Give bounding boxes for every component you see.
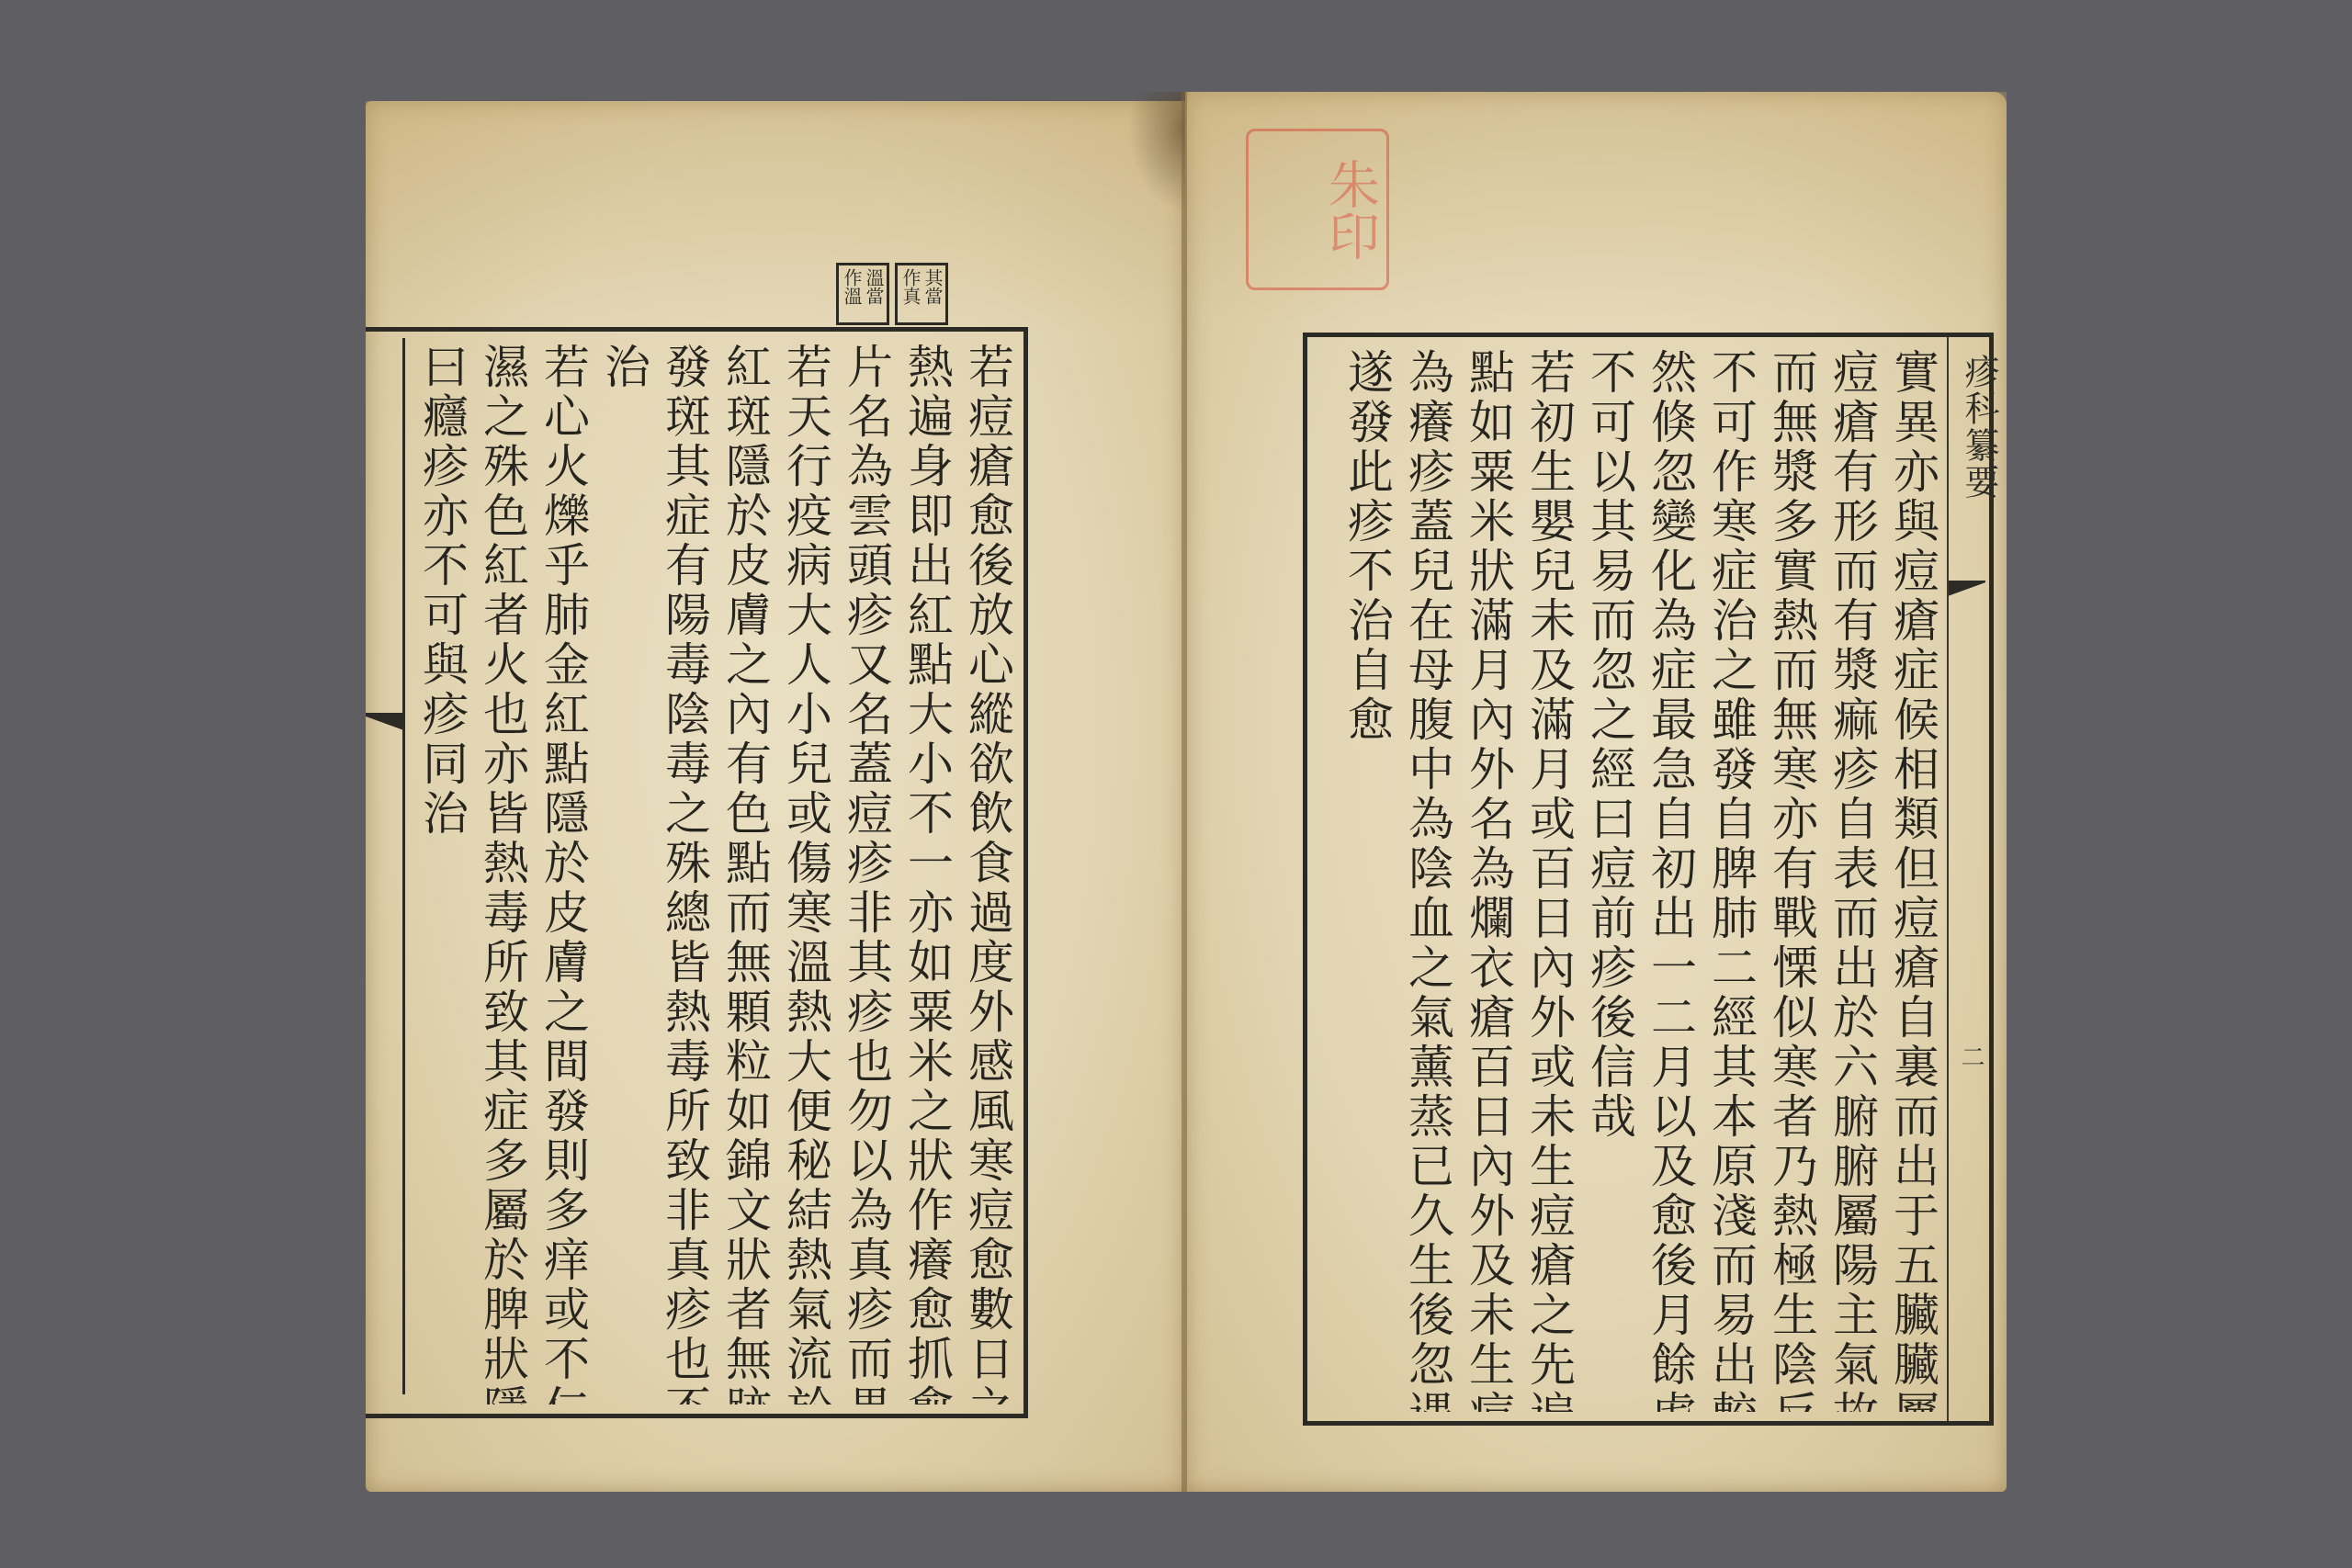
text-column: 遂發此疹不治自愈 <box>1337 348 1397 1412</box>
left-text-frame: 若痘瘡愈後放心縱欲飲食過度外感風寒痘愈數日之後身忽暑 熱遍身即出紅點大小不一亦如… <box>366 327 1028 1418</box>
left-text-columns: 若痘瘡愈後放心縱欲飲食過度外感風寒痘愈數日之後身忽暑 熱遍身即出紅點大小不一亦如… <box>412 343 1018 1404</box>
text-column: 不可作寒症治之雖發自脾肺二經其本原淺而易出較痘瘡為易 <box>1701 348 1761 1412</box>
text-column: 熱遍身即出紅點大小不一亦如粟米之狀作癢愈抓愈盛如雲成 <box>897 343 957 1404</box>
left-page: 溫當作溫 其當作真 若痘瘡愈後放心縱欲飲食過度外感風寒痘愈數日之後身忽暑 熱遍身… <box>366 101 1185 1492</box>
text-column: 若初生嬰兒未及滿月或百日內外或未生痘瘡之先遍身發出紅 <box>1519 348 1579 1412</box>
fish-tail-mark-icon <box>1949 581 1985 601</box>
page-number: 二 <box>1954 1044 1988 1068</box>
book-spine <box>1182 92 1187 1492</box>
right-text-columns: 實異亦與痘瘡症候相類但痘瘡自裏而出于五臟臟屬陰主血故 痘瘡有形而有漿痲疹自表而出… <box>1311 348 1943 1412</box>
text-column: 點如粟米狀滿月內外名為爛衣瘡百日內外及未生痘瘡之先名 <box>1458 348 1519 1412</box>
text-column: 為癢疹蓋兒在母腹中為陰血之氣薰蒸已久生後忽遇陽風一逼 <box>1397 348 1458 1412</box>
text-column: 若天行疫病大人小兒或傷寒溫熱大便秘結熱氣流於胃中忽發 <box>775 343 836 1404</box>
text-column: 曰癮疹亦不可與疹同治 <box>412 343 472 1404</box>
text-column: 然倏忽變化為症最急自初出一二月以及愈後月餘虛者百日皆 <box>1640 348 1701 1412</box>
text-column: 紅斑隱於皮膚之內有色點而無顆粒如錦文狀者無跡且平名曰 <box>715 343 775 1404</box>
head-note-1: 溫當作溫 <box>836 263 889 325</box>
text-column: 片名為雲頭疹又名蓋痘疹非其疹也勿以為真疹而畏之 <box>836 343 897 1404</box>
right-page: 朱印 疹科纂要 二 實異亦與痘瘡症候相類但痘瘡自裏而出于五臟臟屬陰主血故 痘瘡有… <box>1185 92 2007 1492</box>
right-text-frame: 疹科纂要 二 實異亦與痘瘡症候相類但痘瘡自裏而出于五臟臟屬陰主血故 痘瘡有形而有… <box>1303 333 1994 1426</box>
text-column: 而無漿多實熱而無寒亦有戰慄似寒者乃熱極生陰反作寒耳切 <box>1761 348 1822 1412</box>
book-title: 疹科纂要 <box>1954 354 2005 501</box>
open-book: 溫當作溫 其當作真 若痘瘡愈後放心縱欲飲食過度外感風寒痘愈數日之後身忽暑 熱遍身… <box>366 92 2007 1492</box>
text-column: 實異亦與痘瘡症候相類但痘瘡自裏而出于五臟臟屬陰主血故 <box>1883 348 1943 1412</box>
text-column: 痘瘡有形而有漿痲疹自表而出於六腑腑屬陽主氣故痲疹有形 <box>1822 348 1883 1412</box>
head-note-2: 其當作真 <box>895 263 948 325</box>
text-column: 若心火爍乎肺金紅點隱於皮膚之間發則多痒或不仁者是有風 <box>533 343 594 1404</box>
right-margin-column: 疹科纂要 二 <box>1947 337 1989 1421</box>
paper-stain <box>366 101 1185 331</box>
text-column: 濕之殊色紅者火也亦皆熱毒所致其症多屬於脾狀隱隱然故名 <box>472 343 533 1404</box>
text-column: 若痘瘡愈後放心縱欲飲食過度外感風寒痘愈數日之後身忽暑 <box>957 343 1018 1404</box>
red-seal-stamp: 朱印 <box>1246 129 1389 290</box>
text-column: 不可以其易而忽之經曰痘前疹後信哉 <box>1579 348 1640 1412</box>
text-column: 治 <box>594 343 654 1404</box>
head-notes: 溫當作溫 其當作真 <box>836 263 948 325</box>
text-column: 發斑其症有陽毒陰毒之殊總皆熱毒所致非真疹也不可與疹同 <box>654 343 715 1404</box>
